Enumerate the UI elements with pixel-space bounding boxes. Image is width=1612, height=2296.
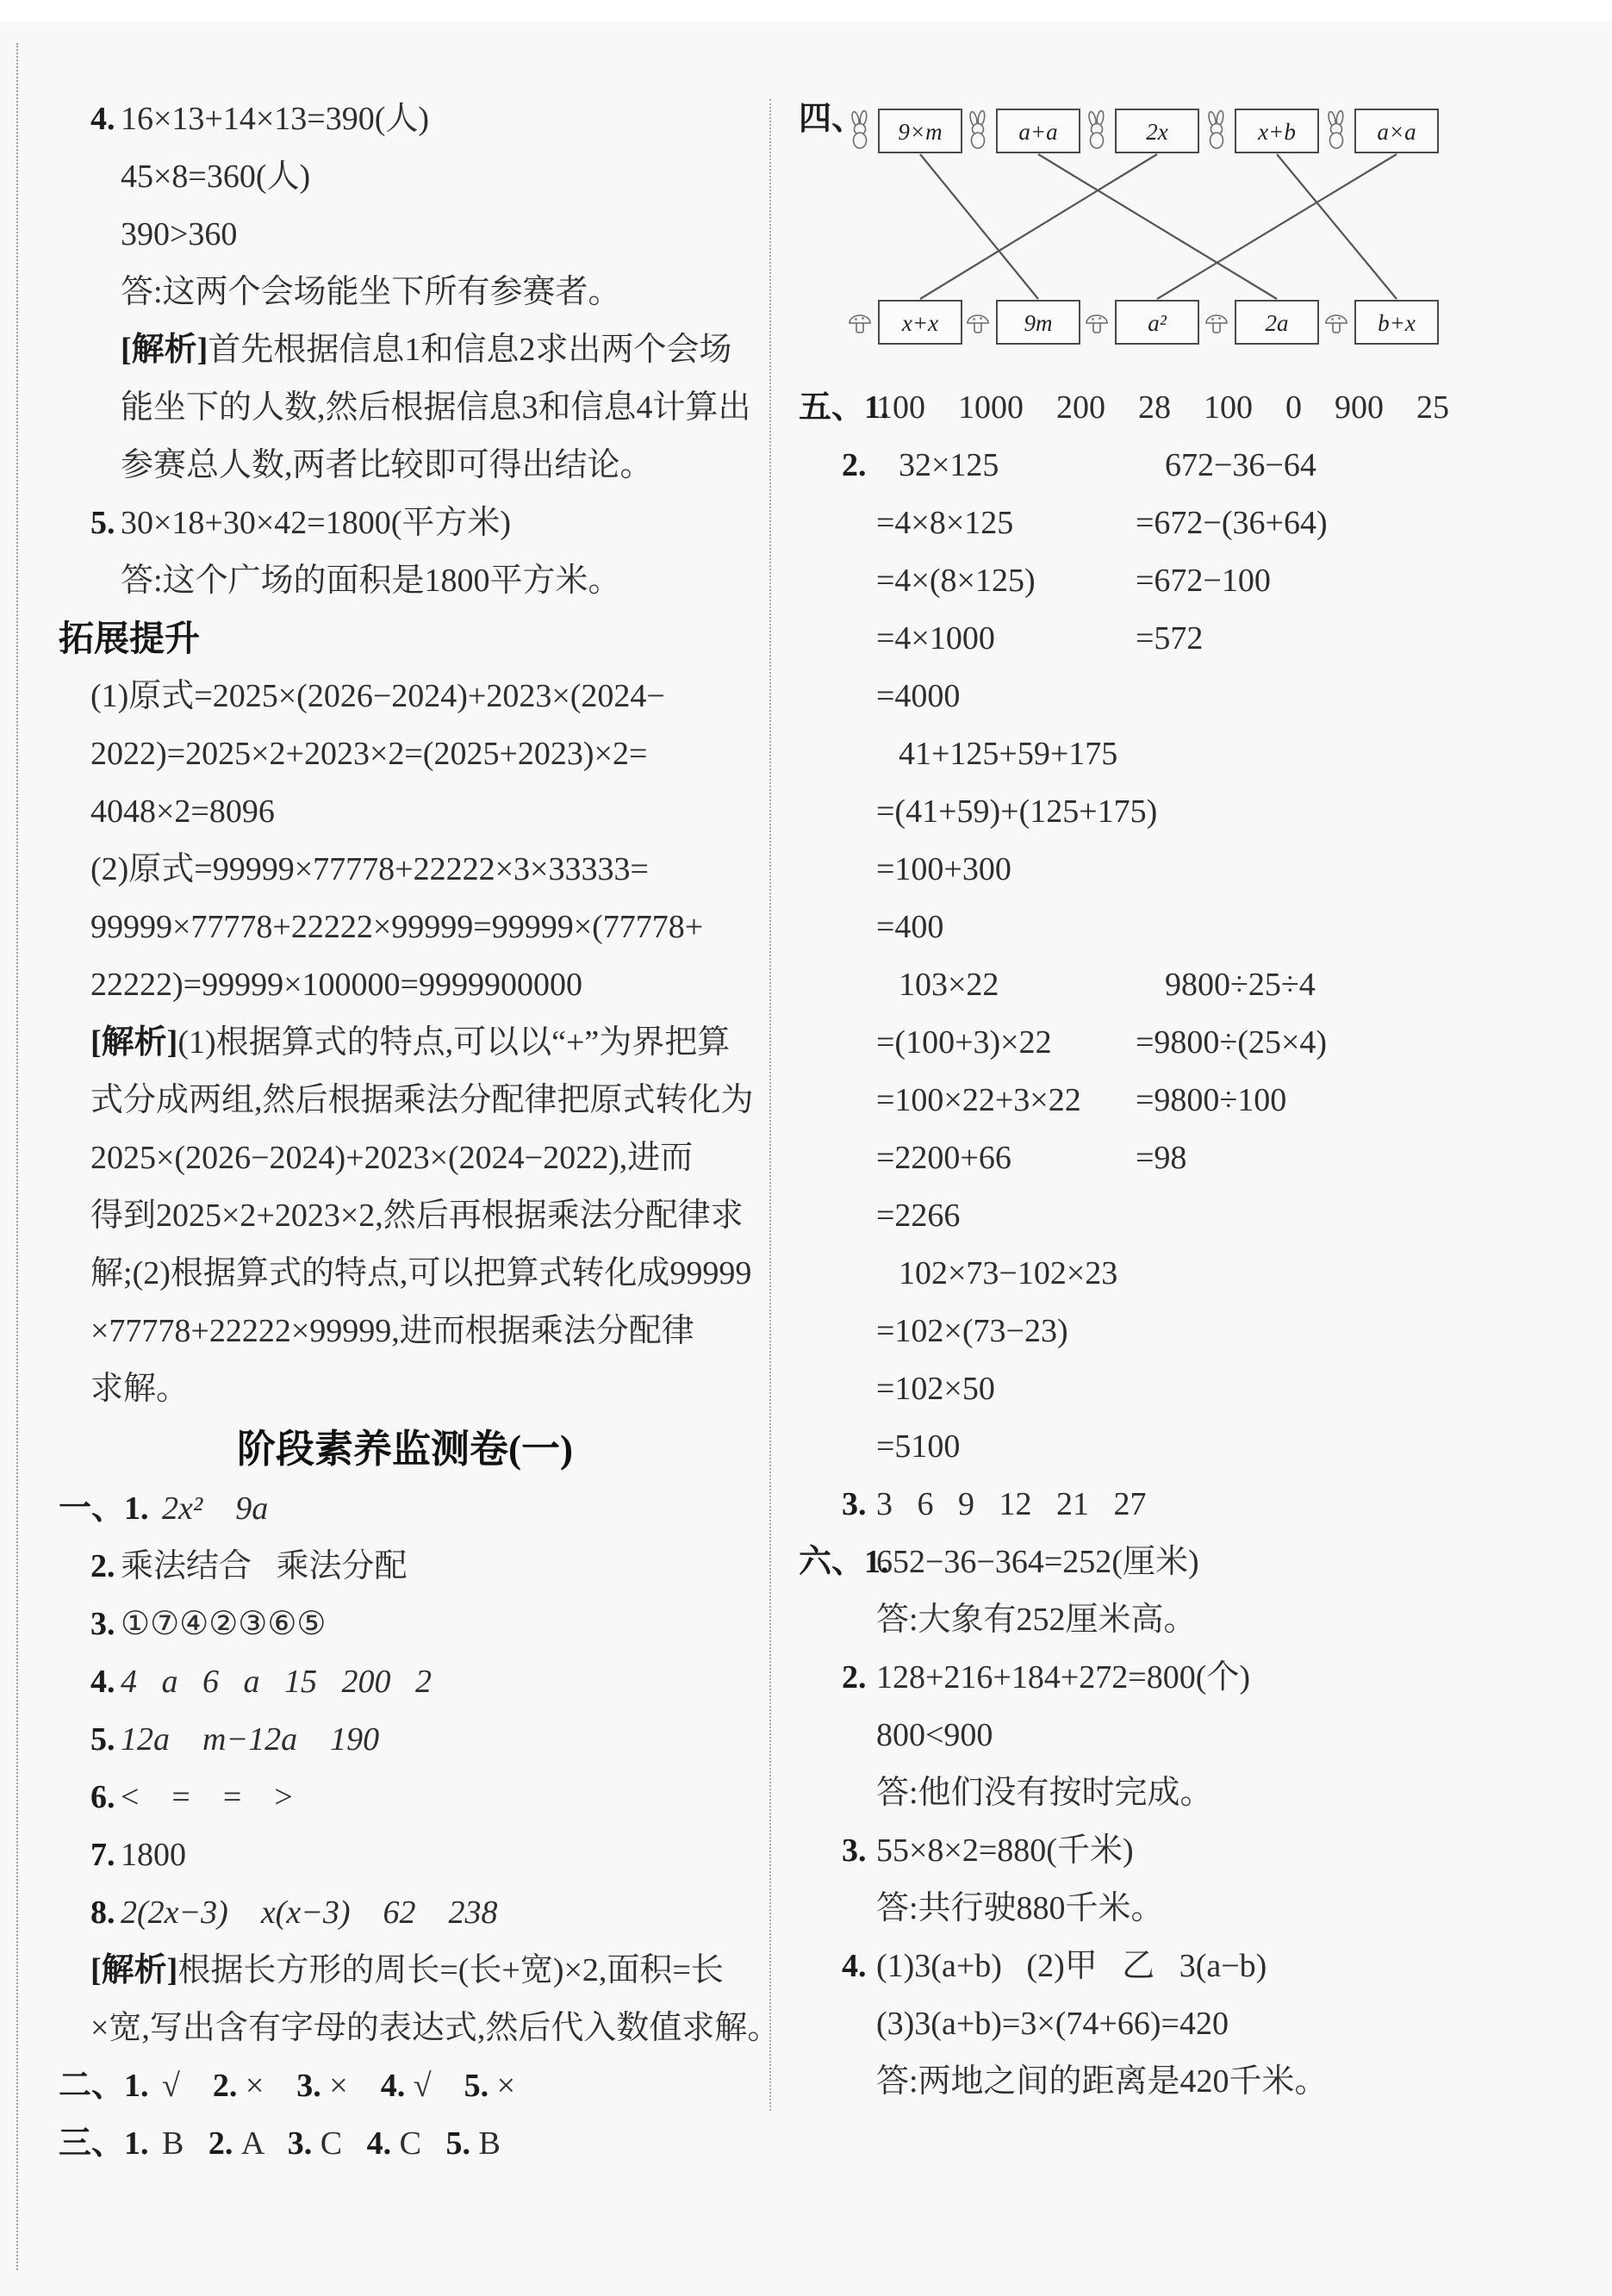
text-segment: 答:大象有252厘米高。 bbox=[876, 1602, 1197, 1638]
answer-line: ×77778+22222×99999,进而根据乘法分配律 bbox=[52, 1303, 758, 1360]
item-marker: 3. bbox=[90, 1596, 115, 1653]
text-segment: =100+300 bbox=[876, 851, 1011, 887]
answer-line: 得到2025×2+2023×2,然后再根据乘法分配律求 bbox=[52, 1187, 758, 1245]
rabbit-icon bbox=[1328, 110, 1344, 148]
answer-line: (1)原式=2025×(2026−2024)+2023×(2024− bbox=[52, 668, 758, 725]
expression-label: a² bbox=[1148, 310, 1167, 336]
line-text: 求解。 bbox=[52, 1360, 758, 1418]
text-segment: 2. bbox=[213, 2068, 246, 2104]
line-text: 答:大象有252厘米高。 bbox=[780, 1591, 1607, 1649]
item-marker: 4. bbox=[90, 1653, 115, 1711]
mushroom-cap bbox=[1086, 315, 1107, 323]
expression-label: 9×m bbox=[898, 119, 942, 145]
mushroom-spot bbox=[980, 317, 982, 320]
line-text: 乘法结合 乘法分配 bbox=[52, 1538, 758, 1596]
rabbit-body bbox=[972, 133, 985, 148]
answer-line: 4.4 a 6 a 15 200 2 bbox=[52, 1653, 758, 1711]
text-segment: 4. bbox=[367, 2125, 400, 2162]
answer-line: (3)3(a+b)=3×(74+66)=420 bbox=[780, 1995, 1607, 2053]
line-text: 22222)=99999×100000=9999900000 bbox=[52, 956, 758, 1014]
text-segment: 1800 bbox=[121, 1837, 186, 1873]
answer-line: 二、1.√ 2. × 3. × 4. √ 5. × bbox=[52, 2057, 758, 2115]
text-segment: 12a m−12a 190 bbox=[121, 1721, 379, 1758]
line-text: 30×18+30×42=1800(平方米) bbox=[52, 495, 758, 552]
text-segment: 128+216+184+272=800(个) bbox=[876, 1659, 1250, 1696]
answer-line: 五、1.100 1000 200 28 100 0 900 25 bbox=[780, 379, 1607, 437]
line-text: 解;(2)根据算式的特点,可以把算式转化成99999 bbox=[52, 1245, 758, 1303]
line-text: [解析]根据长方形的周长=(长+宽)×2,面积=长 bbox=[52, 1942, 758, 2000]
line-text: 答:他们没有按时完成。 bbox=[780, 1764, 1607, 1822]
item-marker: 一、1. bbox=[59, 1480, 149, 1538]
line-text: =2266 bbox=[780, 1187, 1607, 1245]
answer-line: 式分成两组,然后根据乘法分配律把原式转化为 bbox=[52, 1072, 758, 1129]
answer-line: 2.128+216+184+272=800(个) bbox=[780, 1649, 1607, 1707]
answer-line: =2200+66=98 bbox=[780, 1129, 1607, 1187]
item-marker: 二、1. bbox=[59, 2057, 149, 2115]
answer-line: (2)原式=99999×77778+22222×3×33333= bbox=[52, 841, 758, 899]
item-marker: 4. bbox=[842, 1938, 867, 1995]
text-segment: 5. bbox=[445, 2125, 478, 2162]
analysis-label: [解析] bbox=[121, 332, 208, 368]
text-segment: 首先根据信息1和信息2求出两个会场 bbox=[208, 332, 731, 368]
text-segment: 求解。 bbox=[90, 1371, 189, 1407]
mushroom-icon bbox=[1326, 315, 1347, 333]
answer-line: 答:他们没有按时完成。 bbox=[780, 1764, 1607, 1822]
answer-line: [解析](1)根据算式的特点,可以以“+”为界把算 bbox=[52, 1014, 758, 1072]
text-segment: =4×(8×125) bbox=[876, 563, 1036, 599]
text-segment: √ bbox=[414, 2068, 464, 2104]
text-segment: ①⑦④②③⑥⑤ bbox=[121, 1606, 326, 1642]
answer-line: =400 bbox=[780, 899, 1607, 956]
mushroom-icon bbox=[1206, 315, 1227, 333]
text-segment: 2022)=2025×2+2023×2=(2025+2023)×2= bbox=[90, 736, 647, 772]
text-segment: ×77778+22222×99999,进而根据乘法分配律 bbox=[90, 1313, 694, 1349]
line-text: [解析](1)根据算式的特点,可以以“+”为界把算 bbox=[52, 1014, 758, 1072]
text-segment: =(41+59)+(125+175) bbox=[876, 793, 1157, 830]
line-text: 答:两地之间的距离是420千米。 bbox=[780, 2053, 1607, 2111]
line-text: =2200+66 bbox=[780, 1129, 1607, 1187]
answer-line: 拓展提升 bbox=[52, 610, 758, 668]
text-segment: (1)原式=2025×(2026−2024)+2023×(2024− bbox=[90, 678, 665, 714]
answer-line: 6.< = = > bbox=[52, 1769, 758, 1826]
text-segment: 2x² 9a bbox=[162, 1490, 268, 1527]
line-text: 45×8=360(人) bbox=[52, 148, 758, 206]
answer-line: 8.2(2x−3) x(x−3) 62 238 bbox=[52, 1884, 758, 1942]
text-segment: 3. bbox=[296, 2068, 329, 2104]
text-segment: 答:两地之间的距离是420千米。 bbox=[876, 2063, 1328, 2100]
binding-perforation-line bbox=[16, 43, 18, 2270]
text-segment: 99999×77778+22222×99999=99999×(77778+ bbox=[90, 909, 703, 945]
expression-label: 2a bbox=[1266, 310, 1289, 336]
expression-label: b+x bbox=[1378, 310, 1416, 336]
item-marker: 4. bbox=[90, 90, 115, 148]
text-segment: 3. bbox=[288, 2125, 321, 2162]
line-text: 102×73−102×23 bbox=[780, 1245, 1607, 1303]
text-segment: 2(2x−3) x(x−3) 62 238 bbox=[121, 1895, 498, 1931]
text-segment: B bbox=[478, 2125, 500, 2162]
answer-line: 22222)=99999×100000=9999900000 bbox=[52, 956, 758, 1014]
line-text: 答:这两个会场能坐下所有参赛者。 bbox=[52, 264, 758, 321]
mushroom-spot bbox=[1099, 317, 1101, 320]
text-segment: 4. bbox=[381, 2068, 414, 2104]
text-segment: 答:共行驶880千米。 bbox=[876, 1890, 1164, 1926]
pair-right: =9800÷100 bbox=[1136, 1072, 1286, 1129]
answer-line: 参赛总人数,两者比较即可得出结论。 bbox=[52, 437, 758, 495]
answer-line: 45×8=360(人) bbox=[52, 148, 758, 206]
rabbit-icon bbox=[1208, 110, 1224, 148]
rabbit-icon bbox=[851, 110, 868, 148]
pair-right: 672−36−64 bbox=[1165, 437, 1316, 495]
text-segment: 3 6 9 12 21 27 bbox=[876, 1486, 1147, 1522]
right-column: 四、 9×ma+a2xx+ba×ax+x9ma²2ab+x 五、1.100 10… bbox=[780, 90, 1607, 2111]
answer-line: 4048×2=8096 bbox=[52, 783, 758, 841]
answer-line: 2025×(2026−2024)+2023×(2024−2022),进而 bbox=[52, 1129, 758, 1187]
answer-line: =4×8×125=672−(36+64) bbox=[780, 495, 1607, 552]
line-text: 拓展提升 bbox=[52, 610, 758, 668]
line-text: 16×13+14×13=390(人) bbox=[52, 90, 758, 148]
item-marker: 8. bbox=[90, 1884, 115, 1942]
mushroom-spot bbox=[973, 318, 975, 320]
line-text: 100 1000 200 28 100 0 900 25 bbox=[780, 379, 1607, 437]
mushroom-icon bbox=[968, 315, 988, 333]
answer-line: 六、1.652−36−364=252(厘米) bbox=[780, 1534, 1607, 1591]
line-text: 3 6 9 12 21 27 bbox=[780, 1476, 1607, 1534]
column-divider-line bbox=[769, 99, 771, 2111]
expression-label: a+a bbox=[1018, 119, 1057, 145]
text-segment: 100 1000 200 28 100 0 900 25 bbox=[876, 389, 1449, 426]
line-text: 2025×(2026−2024)+2023×(2024−2022),进而 bbox=[52, 1129, 758, 1187]
answer-line: [解析]首先根据信息1和信息2求出两个会场 bbox=[52, 321, 758, 379]
mushroom-cap bbox=[1206, 315, 1227, 323]
item-marker: 3. bbox=[842, 1822, 867, 1880]
line-text: 390>360 bbox=[52, 206, 758, 264]
answer-line: 5.12a m−12a 190 bbox=[52, 1711, 758, 1769]
line-text: 1800 bbox=[52, 1826, 758, 1884]
answer-line: =5100 bbox=[780, 1418, 1607, 1476]
answer-line: 3.55×8×2=880(千米) bbox=[780, 1822, 1607, 1880]
item-marker: 6. bbox=[90, 1769, 115, 1826]
answer-line: =(41+59)+(125+175) bbox=[780, 783, 1607, 841]
text-segment: 乘法结合 乘法分配 bbox=[121, 1548, 408, 1584]
mushroom-cap bbox=[1326, 315, 1347, 323]
pair-right: =98 bbox=[1136, 1129, 1186, 1187]
analysis-label: [解析] bbox=[90, 1952, 177, 1988]
text-segment: (1)根据算式的特点,可以以“+”为界把算 bbox=[177, 1024, 730, 1061]
text-segment: 30×18+30×42=1800(平方米) bbox=[121, 505, 511, 541]
text-segment: A bbox=[241, 2125, 288, 2162]
text-segment: < = = > bbox=[121, 1779, 293, 1815]
match-connection-line bbox=[1157, 154, 1397, 299]
line-text: 12a m−12a 190 bbox=[52, 1711, 758, 1769]
answer-line: 答:这个广场的面积是1800平方米。 bbox=[52, 552, 758, 610]
line-text: 128+216+184+272=800(个) bbox=[780, 1649, 1607, 1707]
text-segment: × bbox=[246, 2068, 296, 2104]
expression-label: 9m bbox=[1024, 310, 1053, 336]
answer-line: 3.3 6 9 12 21 27 bbox=[780, 1476, 1607, 1534]
text-segment: =400 bbox=[876, 909, 943, 945]
mushroom-spot bbox=[862, 317, 864, 320]
text-segment: 答:这个广场的面积是1800平方米。 bbox=[121, 563, 621, 599]
line-text: 参赛总人数,两者比较即可得出结论。 bbox=[52, 437, 758, 495]
line-text: 得到2025×2+2023×2,然后再根据乘法分配律求 bbox=[52, 1187, 758, 1245]
answer-line: 2.32×125672−36−64 bbox=[780, 437, 1607, 495]
text-segment: 2. bbox=[209, 2125, 241, 2162]
workbook-answer-page: 4.16×13+14×13=390(人)45×8=360(人)390>360答:… bbox=[0, 0, 1612, 2296]
line-text: 55×8×2=880(千米) bbox=[780, 1822, 1607, 1880]
text-segment: 102×73−102×23 bbox=[899, 1255, 1117, 1291]
text-segment: =(100+3)×22 bbox=[876, 1024, 1052, 1061]
text-segment: (2)原式=99999×77778+22222×3×33333= bbox=[90, 851, 649, 887]
answer-line: 2022)=2025×2+2023×2=(2025+2023)×2= bbox=[52, 725, 758, 783]
match-connection-line bbox=[920, 154, 1157, 299]
rabbit-icon bbox=[969, 110, 986, 148]
line-text: =100+300 bbox=[780, 841, 1607, 899]
expression-label: 2x bbox=[1146, 119, 1168, 145]
line-text: =102×50 bbox=[780, 1360, 1607, 1418]
section-title: 阶段素养监测卷(一) bbox=[52, 1418, 758, 1480]
text-segment: =4000 bbox=[876, 678, 960, 714]
answer-line: =100+300 bbox=[780, 841, 1607, 899]
mushroom-icon bbox=[850, 315, 870, 333]
answer-line: =(100+3)×22=9800÷(25×4) bbox=[780, 1014, 1607, 1072]
line-text: (2)原式=99999×77778+22222×3×33333= bbox=[52, 841, 758, 899]
answer-line: 能坐下的人数,然后根据信息3和信息4计算出 bbox=[52, 379, 758, 437]
text-segment: 16×13+14×13=390(人) bbox=[121, 101, 429, 137]
line-text: √ 2. × 3. × 4. √ 5. × bbox=[52, 2057, 758, 2115]
item-marker: 2. bbox=[90, 1538, 115, 1596]
answer-line: 41+125+59+175 bbox=[780, 725, 1607, 783]
pair-right: =9800÷(25×4) bbox=[1136, 1014, 1327, 1072]
matching-diagram: 9×ma+a2xx+ba×ax+x9ma²2ab+x bbox=[825, 101, 1462, 368]
text-segment: 800<900 bbox=[876, 1717, 993, 1753]
text-segment: =102×50 bbox=[876, 1371, 995, 1407]
text-segment: (3)3(a+b)=3×(74+66)=420 bbox=[876, 2006, 1229, 2042]
line-text: 答:共行驶880千米。 bbox=[780, 1880, 1607, 1938]
text-segment: 652−36−364=252(厘米) bbox=[876, 1544, 1199, 1580]
answer-line: 三、1.B 2. A 3. C 4. C 5. B bbox=[52, 2115, 758, 2173]
line-text: 2022)=2025×2+2023×2=(2025+2023)×2= bbox=[52, 725, 758, 783]
text-segment: =2266 bbox=[876, 1198, 960, 1234]
text-segment: 32×125 bbox=[899, 447, 999, 483]
text-segment: C bbox=[321, 2125, 367, 2162]
item-marker: 7. bbox=[90, 1826, 115, 1884]
answer-line: 3.①⑦④②③⑥⑤ bbox=[52, 1596, 758, 1653]
mushroom-spot bbox=[1338, 317, 1341, 320]
mushroom-spot bbox=[1331, 318, 1334, 320]
text-segment: 55×8×2=880(千米) bbox=[876, 1832, 1134, 1869]
mushroom-spot bbox=[1092, 318, 1094, 320]
line-text: 4 a 6 a 15 200 2 bbox=[52, 1653, 758, 1711]
answer-line: 解;(2)根据算式的特点,可以把算式转化成99999 bbox=[52, 1245, 758, 1303]
rabbit-body bbox=[854, 133, 867, 148]
answer-line: 答:两地之间的距离是420千米。 bbox=[780, 2053, 1607, 2111]
line-text: 4048×2=8096 bbox=[52, 783, 758, 841]
pair-right: =572 bbox=[1136, 610, 1203, 668]
line-text: =400 bbox=[780, 899, 1607, 956]
line-text: (1)原式=2025×(2026−2024)+2023×(2024− bbox=[52, 668, 758, 725]
answer-line: 5.30×18+30×42=1800(平方米) bbox=[52, 495, 758, 552]
item-marker: 3. bbox=[842, 1476, 867, 1534]
line-text: < = = > bbox=[52, 1769, 758, 1826]
mushroom-spot bbox=[855, 318, 857, 320]
line-text: 652−36−364=252(厘米) bbox=[780, 1534, 1607, 1591]
text-segment: =4×1000 bbox=[876, 620, 995, 656]
text-segment: (1)3(a+b) (2)甲 乙 3(a−b) bbox=[876, 1948, 1267, 1984]
pair-right: 9800÷25÷4 bbox=[1165, 956, 1316, 1014]
matching-exercise: 四、 9×ma+a2xx+ba×ax+x9ma²2ab+x bbox=[780, 90, 1607, 379]
line-text: 2x² 9a bbox=[52, 1480, 758, 1538]
text-segment: 答:他们没有按时完成。 bbox=[876, 1775, 1213, 1811]
item-marker: 三、1. bbox=[59, 2115, 149, 2173]
text-segment: 41+125+59+175 bbox=[899, 736, 1117, 772]
line-text: 式分成两组,然后根据乘法分配律把原式转化为 bbox=[52, 1072, 758, 1129]
match-connection-line bbox=[1038, 154, 1277, 299]
answer-line: 求解。 bbox=[52, 1360, 758, 1418]
line-text: =4000 bbox=[780, 668, 1607, 725]
text-segment: 4 a 6 a 15 200 2 bbox=[121, 1664, 432, 1700]
answer-line: =4000 bbox=[780, 668, 1607, 725]
item-marker: 五、1. bbox=[799, 379, 889, 437]
answer-line: [解析]根据长方形的周长=(长+宽)×2,面积=长 bbox=[52, 1942, 758, 2000]
mushroom-icon bbox=[1086, 315, 1107, 333]
text-segment: =100×22+3×22 bbox=[876, 1082, 1081, 1118]
match-connection-line bbox=[1277, 154, 1397, 299]
line-text: (1)3(a+b) (2)甲 乙 3(a−b) bbox=[780, 1938, 1607, 1995]
item-marker: 2. bbox=[842, 1649, 867, 1707]
line-text: 答:这个广场的面积是1800平方米。 bbox=[52, 552, 758, 610]
line-text: 能坐下的人数,然后根据信息3和信息4计算出 bbox=[52, 379, 758, 437]
item-marker: 5. bbox=[90, 495, 115, 552]
text-segment: √ bbox=[162, 2068, 213, 2104]
text-segment: 103×22 bbox=[899, 967, 999, 1003]
text-segment: 根据长方形的周长=(长+宽)×2,面积=长 bbox=[177, 1952, 724, 1988]
text-segment: 2025×(2026−2024)+2023×(2024−2022),进而 bbox=[90, 1140, 693, 1176]
line-text: 2(2x−3) x(x−3) 62 238 bbox=[52, 1884, 758, 1942]
text-segment: 拓展提升 bbox=[59, 619, 200, 658]
text-segment: 解;(2)根据算式的特点,可以把算式转化成99999 bbox=[90, 1255, 751, 1291]
answer-line: 103×229800÷25÷4 bbox=[780, 956, 1607, 1014]
text-segment: 4048×2=8096 bbox=[90, 793, 275, 830]
mushroom-cap bbox=[968, 315, 988, 323]
text-segment: C bbox=[400, 2125, 446, 2162]
text-segment: 式分成两组,然后根据乘法分配律把原式转化为 bbox=[90, 1082, 754, 1118]
item-marker: 六、1. bbox=[799, 1534, 889, 1591]
text-segment: =2200+66 bbox=[876, 1140, 1011, 1176]
answer-line: 102×73−102×23 bbox=[780, 1245, 1607, 1303]
line-text: =102×(73−23) bbox=[780, 1303, 1607, 1360]
answer-line: =4×(8×125)=672−100 bbox=[780, 552, 1607, 610]
text-segment: 45×8=360(人) bbox=[121, 159, 310, 195]
rabbit-body bbox=[1330, 133, 1343, 148]
line-text: =(41+59)+(125+175) bbox=[780, 783, 1607, 841]
pair-right: =672−100 bbox=[1136, 552, 1271, 610]
rabbit-body bbox=[1091, 133, 1104, 148]
text-segment: 390>360 bbox=[121, 216, 237, 252]
line-text: 41+125+59+175 bbox=[780, 725, 1607, 783]
text-segment: 能坐下的人数,然后根据信息3和信息4计算出 bbox=[121, 389, 751, 426]
text-segment: 5. bbox=[464, 2068, 497, 2104]
answer-line: 答:这两个会场能坐下所有参赛者。 bbox=[52, 264, 758, 321]
line-text: B 2. A 3. C 4. C 5. B bbox=[52, 2115, 758, 2173]
pair-right: =672−(36+64) bbox=[1136, 495, 1328, 552]
line-text: ×77778+22222×99999,进而根据乘法分配律 bbox=[52, 1303, 758, 1360]
rabbit-body bbox=[1211, 133, 1223, 148]
mushroom-cap bbox=[850, 315, 870, 323]
text-segment: 22222)=99999×100000=9999900000 bbox=[90, 967, 582, 1003]
answer-line: 2.乘法结合 乘法分配 bbox=[52, 1538, 758, 1596]
answer-line: 4.(1)3(a+b) (2)甲 乙 3(a−b) bbox=[780, 1938, 1607, 1995]
analysis-label: [解析] bbox=[90, 1024, 177, 1061]
line-text: ①⑦④②③⑥⑤ bbox=[52, 1596, 758, 1653]
mushroom-spot bbox=[1218, 317, 1221, 320]
expression-label: a×a bbox=[1377, 119, 1416, 145]
text-segment: × bbox=[329, 2068, 380, 2104]
left-column: 4.16×13+14×13=390(人)45×8=360(人)390>360答:… bbox=[52, 90, 758, 2173]
answer-line: =2266 bbox=[780, 1187, 1607, 1245]
expression-label: x+b bbox=[1257, 119, 1296, 145]
expression-label: x+x bbox=[901, 310, 938, 336]
text-segment: 参赛总人数,两者比较即可得出结论。 bbox=[121, 447, 653, 483]
item-marker: 5. bbox=[90, 1711, 115, 1769]
rabbit-icon bbox=[1088, 110, 1105, 148]
line-text: 99999×77778+22222×99999=99999×(77778+ bbox=[52, 899, 758, 956]
answer-line: 一、1.2x² 9a bbox=[52, 1480, 758, 1538]
line-text: 800<900 bbox=[780, 1707, 1607, 1764]
item-marker: 2. bbox=[842, 437, 867, 495]
text-segment: B bbox=[162, 2125, 209, 2162]
text-segment: 答:这两个会场能坐下所有参赛者。 bbox=[121, 274, 621, 310]
text-segment: =5100 bbox=[876, 1428, 960, 1465]
text-segment: =102×(73−23) bbox=[876, 1313, 1068, 1349]
text-segment: ×宽,写出含有字母的表达式,然后代入数值求解。 bbox=[90, 2010, 780, 2046]
answer-line: ×宽,写出含有字母的表达式,然后代入数值求解。 bbox=[52, 2000, 758, 2057]
answer-line: 99999×77778+22222×99999=99999×(77778+ bbox=[52, 899, 758, 956]
line-text: [解析]首先根据信息1和信息2求出两个会场 bbox=[52, 321, 758, 379]
answer-line: 4.16×13+14×13=390(人) bbox=[52, 90, 758, 148]
answer-line: 390>360 bbox=[52, 206, 758, 264]
answer-line: =4×1000=572 bbox=[780, 610, 1607, 668]
answer-line: =102×(73−23) bbox=[780, 1303, 1607, 1360]
answer-line: 800<900 bbox=[780, 1707, 1607, 1764]
answer-line: =100×22+3×22=9800÷100 bbox=[780, 1072, 1607, 1129]
answer-line: 答:共行驶880千米。 bbox=[780, 1880, 1607, 1938]
mushroom-spot bbox=[1211, 318, 1214, 320]
answer-line: =102×50 bbox=[780, 1360, 1607, 1418]
answer-line: 7.1800 bbox=[52, 1826, 758, 1884]
answer-line: 答:大象有252厘米高。 bbox=[780, 1591, 1607, 1649]
section-title-text: 阶段素养监测卷(一) bbox=[237, 1428, 573, 1471]
line-text: (3)3(a+b)=3×(74+66)=420 bbox=[780, 1995, 1607, 2053]
text-segment: =4×8×125 bbox=[876, 505, 1013, 541]
text-segment: 得到2025×2+2023×2,然后再根据乘法分配律求 bbox=[90, 1198, 744, 1234]
text-segment: × bbox=[497, 2068, 515, 2104]
line-text: ×宽,写出含有字母的表达式,然后代入数值求解。 bbox=[52, 2000, 758, 2057]
match-connection-line bbox=[920, 154, 1038, 299]
line-text: =5100 bbox=[780, 1418, 1607, 1476]
